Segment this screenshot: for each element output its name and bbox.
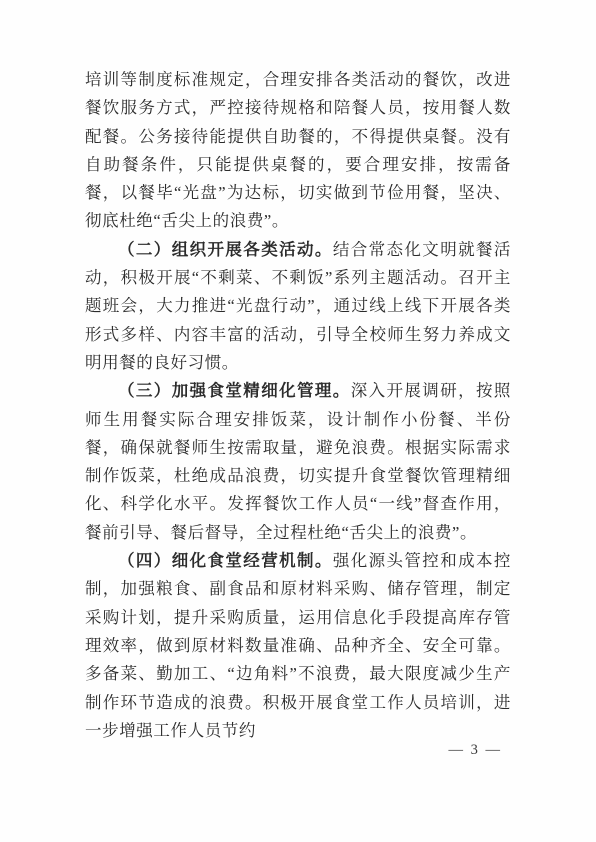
paragraph-text: 结合常态化文明就餐活动，积极开展“不剩菜、不剩饭”系列主题活动。召开主题班会，大… — [85, 240, 511, 372]
paragraph-section-2: （二）组织开展各类活动。结合常态化文明就餐活动，积极开展“不剩菜、不剩饭”系列主… — [85, 236, 511, 377]
paragraph-section-4: （四）细化食堂经营机制。强化源头管控和成本控制，加强粮食、副食品和原材料采购、储… — [85, 547, 511, 745]
paragraph-section-3: （三）加强食堂精细化管理。深入开展调研，按照师生用餐实际合理安排饭菜，设计制作小… — [85, 377, 511, 547]
paragraph-text: 深入开展调研，按照师生用餐实际合理安排饭菜，设计制作小份餐、半份餐，确保就餐师生… — [85, 381, 511, 541]
paragraph-continuation: 培训等制度标准规定，合理安排各类活动的餐饮，改进餐饮服务方式，严控接待规格和陪餐… — [85, 66, 511, 236]
section-heading: （三）加强食堂精细化管理。 — [118, 381, 351, 400]
section-heading: （二）组织开展各类活动。 — [118, 240, 333, 259]
paragraph-text: 培训等制度标准规定，合理安排各类活动的餐饮，改进餐饮服务方式，严控接待规格和陪餐… — [85, 70, 511, 230]
page-number: — 3 — — [449, 742, 503, 759]
document-body: 培训等制度标准规定，合理安排各类活动的餐饮，改进餐饮服务方式，严控接待规格和陪餐… — [85, 66, 511, 745]
paragraph-text: 强化源头管控和成本控制，加强粮食、副食品和原材料采购、储存管理，制定采购计划，提… — [85, 551, 511, 740]
page-number-label: — 3 — — [449, 742, 503, 758]
section-heading: （四）细化食堂经营机制。 — [118, 551, 333, 570]
document-page: 培训等制度标准规定，合理安排各类活动的餐饮，改进餐饮服务方式，严控接待规格和陪餐… — [0, 0, 596, 842]
